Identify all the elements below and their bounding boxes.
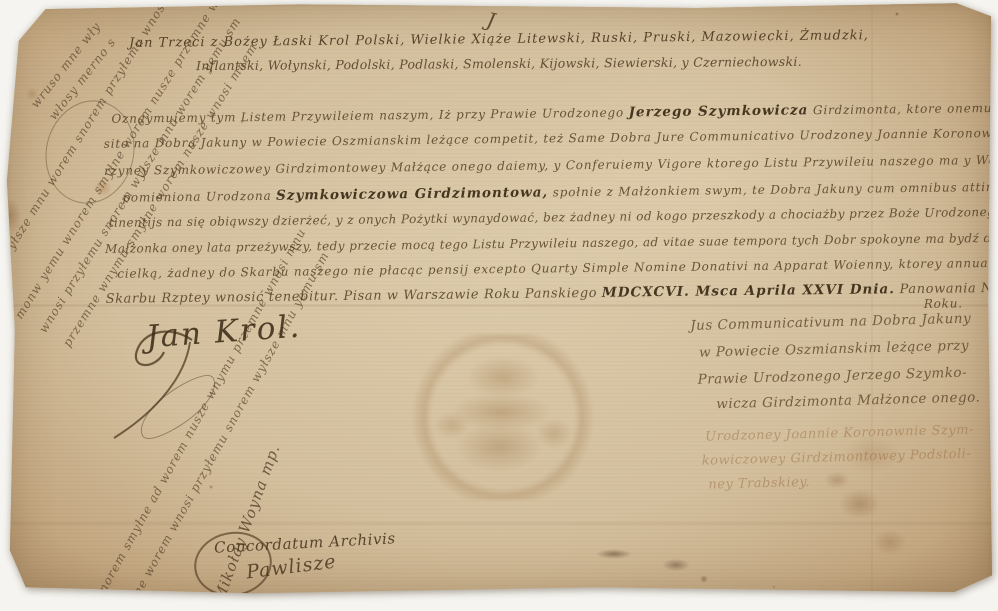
body-line-6: Małżonka oney lata przeżywszy, tedy prze… (105, 231, 998, 256)
body-line-1-end: Girdzimonta, ktore onemu Jure acqui- (808, 100, 998, 117)
body-line-1: Oznaymuiemy tym Listem Przywileiem naszy… (111, 99, 998, 127)
date-roman-numerals: MDCXCVI. Msca Aprila XXVI Dnia. (602, 281, 895, 301)
annotation-faint-line-1: Urodzoney Joannie Koronownie Szym- (705, 423, 974, 445)
grantee-wife-name: Szymkowiczowa Girdzimontowa, (276, 184, 548, 203)
body-line-5: tinentijs na się obiąwszy dzierżeć, y z … (109, 205, 998, 230)
body-line-3: rzyney Szymkowiczowey Girdzimontowey Mał… (104, 152, 998, 178)
annotation-line-3: Prawie Urodzonego Jerzego Szymko- (697, 365, 967, 388)
royal-paper-seal (412, 334, 594, 500)
body-line-7: cielką, żadney do Skarbu naszego nie pła… (117, 256, 998, 281)
body-line-4-text: pomieniona Urodzona (122, 189, 276, 205)
annotation-faint-line-2: kowiczowey Girdzimontowey Podstoli- (702, 447, 972, 469)
body-line-2: sito na Dobra Jakuny w Powiecie Oszmians… (104, 125, 998, 150)
annotation-faint-line-3: ney Trabskiey. (708, 475, 810, 493)
grantee-name: Jerzego Szymkowicza (629, 102, 809, 120)
document-paper: J Jan Trzeci z Bożey Łaski Krol Polski, … (4, 2, 994, 598)
regnal-year-text: Panowania Naszego XXII (895, 280, 998, 297)
dateline-text: Skarbu Rzptey wnosić tenebitur. Pisan w … (106, 286, 602, 307)
body-line-9-roku: Roku. (924, 296, 963, 310)
body-line-4-end: społnie z Małżonkiem swym, te Dobra Jaku… (548, 179, 998, 200)
annotation-line-2: w Powiecie Oszmianskim leżące przy (699, 338, 969, 361)
document-photo: J Jan Trzeci z Bożey Łaski Krol Polski, … (0, 0, 998, 611)
body-line-8: Skarbu Rzptey wnosić tenebitur. Pisan w … (106, 279, 998, 307)
annotation-line-4: wicza Girdzimonta Małżonce onego. (716, 389, 980, 412)
body-line-4: pomieniona Urodzona Szymkowiczowa Girdzi… (122, 178, 998, 206)
